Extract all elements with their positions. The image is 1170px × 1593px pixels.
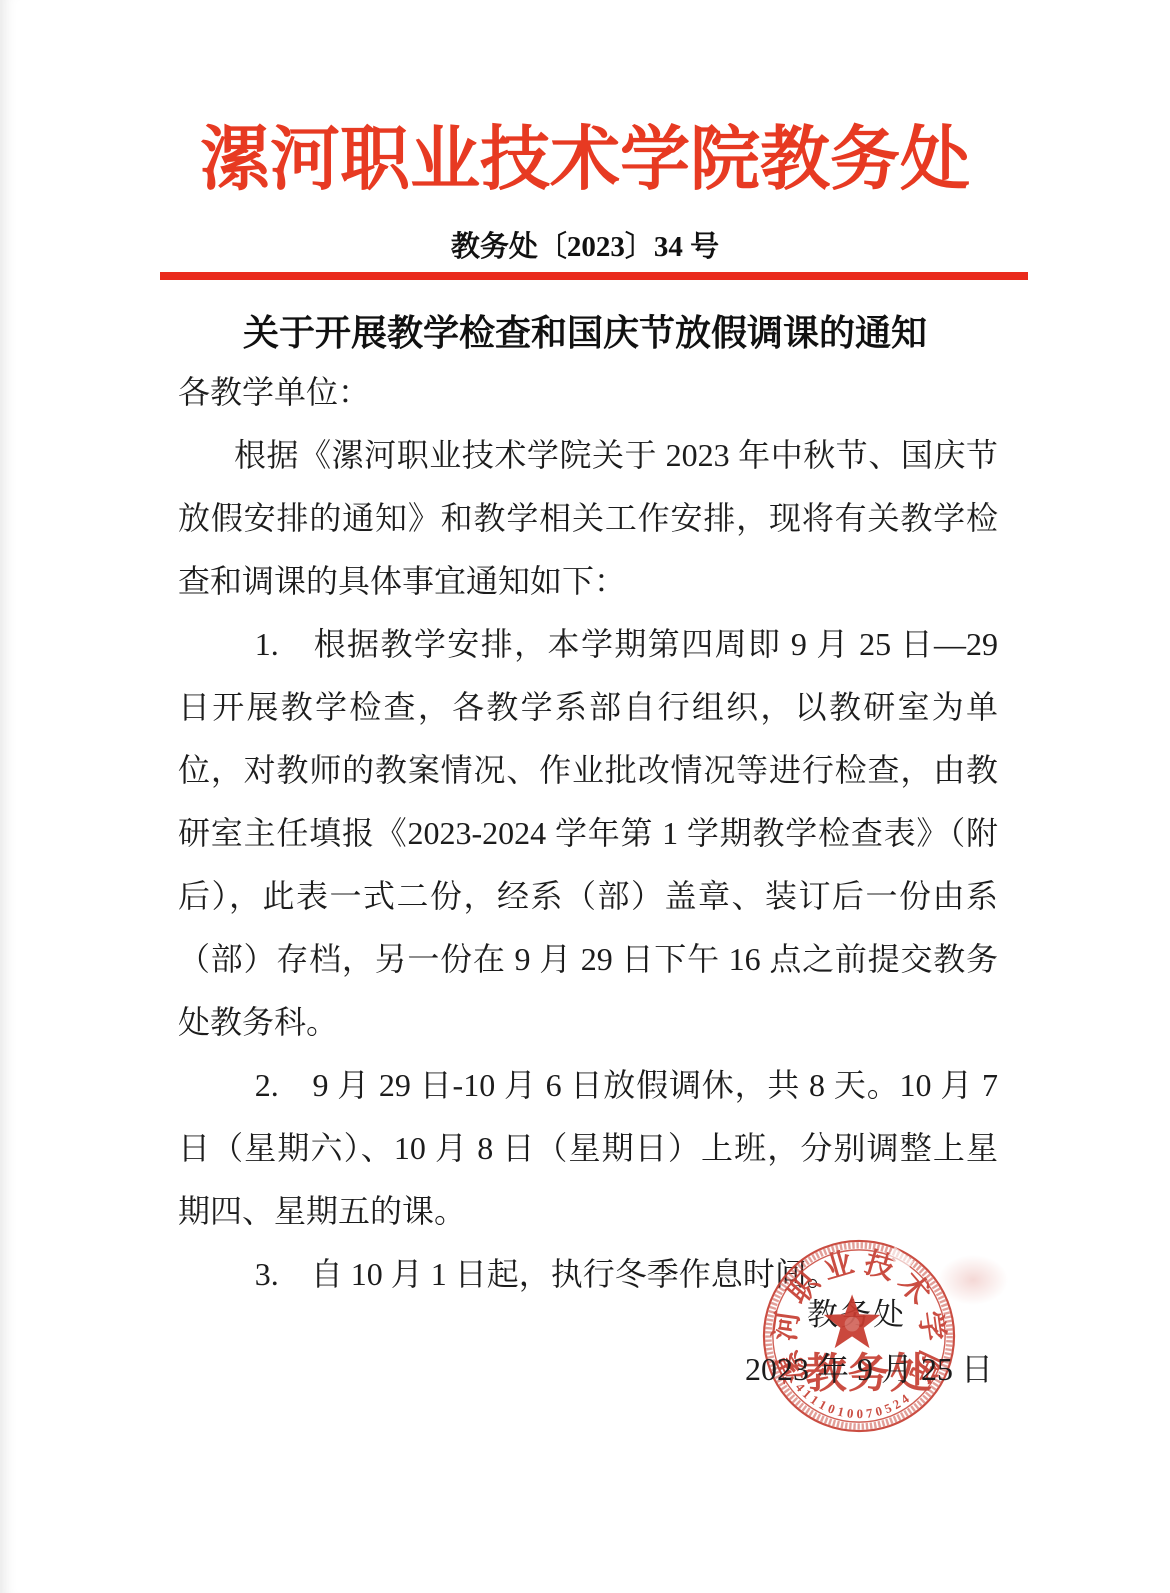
org-header-title: 漯河职业技术学院教务处 (10, 126, 1160, 196)
red-divider-rule (160, 272, 1028, 280)
svg-text:1: 1 (836, 1404, 846, 1419)
notice-document-page: 漯河职业技术学院教务处 教务处〔2023〕34 号 关于开展教学检查和国庆节放假… (0, 0, 1170, 1593)
svg-text:河: 河 (768, 1309, 805, 1343)
paragraph-item-2: 2. 9 月 29 日-10 月 6 日放假调休，共 8 天。10 月 7 日（… (178, 1054, 998, 1243)
salutation: 各教学单位： (178, 361, 998, 424)
official-seal: 漯河职业技术学院 教务处 4111010070524 (760, 1237, 958, 1435)
svg-text:0: 0 (857, 1407, 864, 1421)
svg-text:学: 学 (913, 1309, 950, 1343)
document-number: 教务处〔2023〕34 号 (0, 232, 1170, 264)
svg-text:0: 0 (826, 1401, 837, 1416)
paragraph-intro: 根据《漯河职业技术学院关于 2023 年中秋节、国庆节放假安排的通知》和教学相关… (178, 424, 998, 613)
svg-text:0: 0 (874, 1404, 884, 1419)
paragraph-item-1: 1. 根据教学安排，本学期第四周即 9 月 25 日—29 日开展教学检查，各教… (178, 613, 998, 1054)
notice-title: 关于开展教学检查和国庆节放假调课的通知 (0, 314, 1170, 354)
signature-date: 2023 年 9 月 25 日 (745, 1353, 993, 1385)
seal-star-pattern (845, 1317, 860, 1332)
notice-body: 各教学单位： 根据《漯河职业技术学院关于 2023 年中秋节、国庆节放假安排的通… (178, 361, 998, 1306)
svg-text:0: 0 (846, 1406, 854, 1421)
svg-text:7: 7 (865, 1406, 874, 1421)
